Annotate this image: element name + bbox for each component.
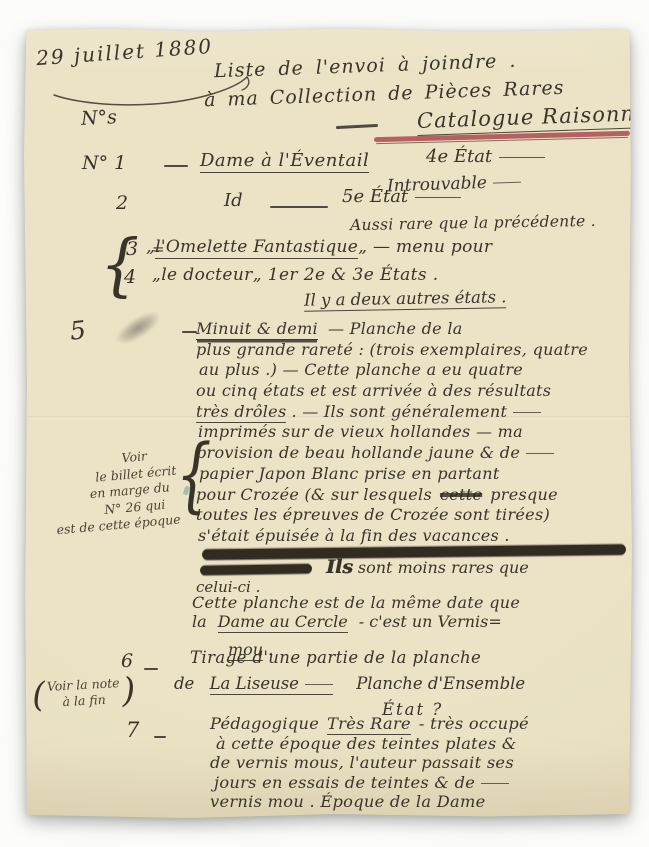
entry-note: Il y a deux autres états .	[304, 287, 507, 312]
line-text: au plus .) — Cette planche a eu quatre	[199, 360, 636, 381]
scratched-out-line	[200, 564, 312, 575]
line-text: de vernis mous, l'auteur passait ses	[210, 753, 630, 773]
emphasized-text: Très Rare	[327, 714, 411, 735]
dash-stroke	[182, 331, 197, 333]
line-text: ou cinq états et est arrivée à des résul…	[196, 381, 636, 402]
line-text: - c'est un Vernis=	[359, 612, 502, 631]
entry-line: Ils sont moins rares que	[326, 556, 529, 578]
paren-mark: )	[121, 673, 136, 708]
idem-mark: Id	[224, 190, 243, 211]
print-title: Dame au Cercle	[218, 612, 348, 633]
entry-5-lines: Minuit & demi— Planche de la plus grande…	[196, 319, 636, 547]
line-text: plus grande rareté : (trois exemplaires,…	[196, 340, 636, 361]
line-text: presque	[490, 485, 558, 504]
line-text: provision de beau hollande jaune & de	[196, 443, 636, 464]
entry-line: Tirage d'une partie de la planche	[190, 648, 481, 667]
dash-stroke	[144, 668, 158, 670]
state-label: 4e État	[426, 146, 545, 167]
paper-sheet: 29 juillet 1880 Liste de l'envoi à joind…	[24, 28, 632, 818]
line-text: à cette époque des teintes plates &	[216, 734, 630, 754]
entry-note: Aussi rare que la précédente .	[350, 212, 596, 234]
entry-number: 2	[116, 192, 128, 214]
entry-number: 7	[126, 718, 139, 742]
state-label: 5e État	[342, 186, 461, 207]
print-title: Dame à l'Éventail	[200, 150, 369, 173]
print-title: Minuit & demi	[196, 319, 318, 340]
paren-mark: (	[31, 678, 46, 713]
line-text: — Planche de la	[328, 319, 463, 338]
title-line-1: Liste de l'envoi à joindre .	[214, 50, 517, 83]
entry-number: N° 1	[82, 152, 126, 174]
entry-line: Cette planche est de la même date que	[192, 593, 520, 612]
numbers-header: N°s	[80, 106, 117, 130]
entry-line: „l'Omelette Fantastique„ — menu pour	[146, 237, 492, 257]
entry-number: 5	[69, 315, 88, 346]
line-text: pour Crozée (& sur lesquels	[196, 485, 432, 504]
date: 29 juillet 1880	[35, 34, 213, 70]
print-title: Pédagogique	[210, 714, 319, 733]
dash-stroke	[336, 124, 378, 129]
entry-line: „le docteur„ 1er 2e & 3e États .	[152, 265, 439, 285]
manuscript-page: 29 juillet 1880 Liste de l'envoi à joind…	[24, 28, 632, 818]
dash-stroke	[270, 206, 328, 208]
emphasized-text: très drôles	[196, 402, 286, 423]
line-text: jours en essais de teintes & de	[214, 773, 630, 793]
brace-mark: {	[176, 435, 212, 516]
line-text: „ — menu pour	[358, 237, 492, 257]
ink-smudge	[111, 305, 166, 350]
line-text: toutes les épreuves de Crozée sont tirée…	[196, 505, 636, 526]
paper-crease	[24, 416, 632, 419]
margin-note: ( Voir la note à la fin )	[31, 673, 136, 712]
struck-word: cette	[440, 485, 482, 504]
entry-line: de La Liseuse Planche d'Ensemble	[174, 674, 525, 693]
line-text: de	[174, 674, 194, 693]
entry-line: la Dame au Cercle - c'est un Vernis=	[192, 612, 502, 631]
line-text: - très occupé	[419, 714, 529, 733]
line-text: Planche d'Ensemble	[356, 674, 525, 693]
entry-number: 4	[124, 266, 136, 288]
line-text: s'était épuisée à la fin des vacances .	[198, 526, 636, 547]
line-text: papier Japon Blanc prise en partant	[199, 464, 636, 485]
entry-number: 6	[121, 650, 133, 672]
line-text: la	[192, 612, 207, 631]
entry-title: Dame à l'Éventail	[200, 150, 369, 171]
line-text: vernis mou . Époque de la Dame	[210, 792, 630, 812]
line-text: sont moins rares que	[358, 558, 529, 577]
dash-stroke	[154, 736, 166, 738]
line-text: imprimés sur de vieux hollandes — ma	[198, 422, 636, 443]
entry-number: 3	[126, 238, 138, 260]
print-title: l'Omelette Fantastique	[155, 237, 358, 259]
print-title: La Liseuse	[210, 674, 333, 695]
quote-mark: „	[146, 237, 155, 257]
entry-7-lines: PédagogiqueTrès Rare- très occupé à cett…	[210, 714, 630, 812]
margin-note: Voir le billet écrit en marge du N° 26 q…	[27, 446, 182, 541]
dash-stroke	[164, 165, 188, 167]
emphasized-text: Ils	[326, 556, 353, 578]
